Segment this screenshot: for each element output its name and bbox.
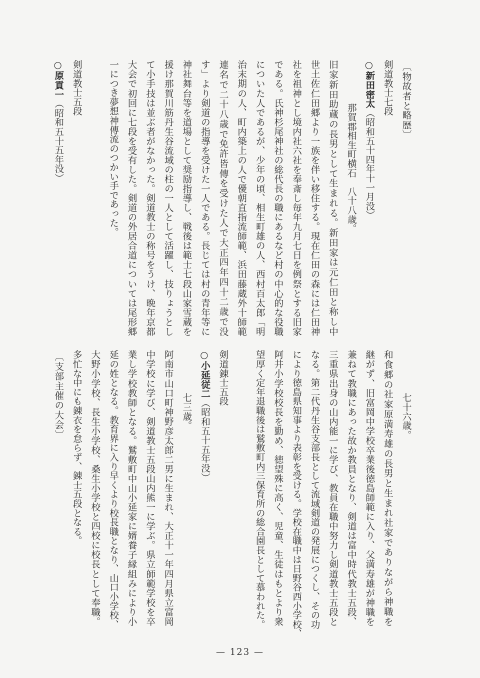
biography-line: 阿井小学校校長を勤め、徳望殊に高く、児童、生徒はもとより衆 — [268, 350, 286, 626]
person-heading: ○小延従二（昭和五十五年没） — [194, 350, 212, 626]
rank-label: 剣道錬士五段 — [213, 350, 231, 626]
lower-tier: 七十六歳。 和食郷の社家原満寿雄の長男と生まれ社家でありながら神職を 継がず、旧… — [48, 350, 414, 626]
biography-line: す」より剣道の指導を受けた一人である。長じては村の青年等に — [194, 60, 212, 336]
biography-line: 延の姓となる。教育界に入り早くより校長職となり、山口小学校、 — [103, 350, 121, 626]
death-date: （昭和五十五年没） — [52, 99, 63, 183]
blank-column — [85, 60, 103, 336]
person-heading: ○原貢一（昭和五十五年没） — [48, 60, 66, 336]
biography-line: 一につき夢想神傳流のつかい手であった。 — [103, 60, 121, 336]
biography-line: 大会で初回に七段を受有した。剣道の外居合道については尾形郷 — [121, 60, 139, 336]
rank-label: 剣道教士五段 — [66, 60, 84, 336]
biography-line: て小手技は並ぶ者がなかった。剣道教士の称号をうけ、晩年京都 — [140, 60, 158, 336]
biography-line: 業し学校教師となる。鷲敷町中山小延家に婿養子縁組みにより小 — [121, 350, 139, 626]
biography-line: である。氏神杉尾神社の総代長の職にあるなど村の中心的な役職 — [268, 60, 286, 336]
upper-tier: 〔物故者と略歴〕 剣道教士七段 ○新田密太（昭和五十四年十一月没） 那賀郡相生町… — [48, 60, 414, 336]
address-age: 那賀郡相生町横石 八十八歳。 — [341, 60, 359, 336]
biography-line: 継がず、旧富岡中学校卒業後徳島師範に入り、父満寿雄が神職を — [359, 350, 377, 626]
address-age: 七十六歳。 — [396, 350, 414, 626]
biography-line: により徳島県知事より表彰を受ける。学校在職中は日野谷西小学校、 — [286, 350, 304, 626]
biography-line: 旧家新田助蔵の長男として生まれる。新田家は元仁田と称し中 — [323, 60, 341, 336]
biography-line: 和食郷の社家原満寿雄の長男と生まれ社家でありながら神職を — [377, 350, 395, 626]
biography-line: なる。第二代丹生谷支部長として流域剣道の発展につくし、その功 — [304, 350, 322, 626]
biography-line: 社を祖神とし境内社六社を奉斎し毎年九月七日を例祭とする旧家 — [286, 60, 304, 336]
biography-line: についた人であるが、少年の頃、相生町雄の人、西村百太郎「明 — [249, 60, 267, 336]
person-name: ○原貢一 — [52, 60, 63, 99]
biography-line: 中学校に学び、剣道教士五段山内熊一に学ぶ。県立師範学校を卒 — [140, 350, 158, 626]
rank-label: 剣道教士七段 — [377, 60, 395, 336]
page-number: — 123 — — [0, 648, 480, 658]
biography-line: 大野小学校、長生小学校、桑生小学校と四校に校長として奉職。 — [85, 350, 103, 626]
section-heading: 〔物故者と略歴〕 — [396, 60, 414, 336]
biography-line: 連名で二十八歳で免許皆傳を受けた人で大正四年四十二歳で没 — [213, 60, 231, 336]
person-heading: ○新田密太（昭和五十四年十一月没） — [359, 60, 377, 336]
biography-line: 神社舞台等を道場として奨励指導し、戦後は範士七段山家雪蔵を — [176, 60, 194, 336]
biography-line: 阿南市山口町神野彦太郎二男に生まれ、大正十一年四月県立富岡 — [158, 350, 176, 626]
death-date: （昭和五十五年没） — [199, 398, 210, 482]
address-age: 七三歳。 — [176, 350, 194, 626]
person-name: ○新田密太 — [363, 60, 374, 108]
document-page: 〔物故者と略歴〕 剣道教士七段 ○新田密太（昭和五十四年十一月没） 那賀郡相生町… — [0, 0, 480, 678]
person-name: ○小延従二 — [199, 350, 210, 398]
biography-line: 多忙な中にも錬衣を怠らず、錬士五段となる。 — [66, 350, 84, 626]
blank-column — [231, 350, 249, 626]
biography-line: 治末期の人、町内築上の人で優朝直指流師範、浜田藤蔵外十師範 — [231, 60, 249, 336]
biography-line: 三重県出身の山内能一に学び、教員在職中努力し剣道教士五段と — [323, 350, 341, 626]
biography-line: 望厚く定年退職後は鷲敷町内三保育所の総合園長として慕われた。 — [249, 350, 267, 626]
biography-line: 世土佐仁田郷より一族を伴い移住する。現在仁田の森には仁田神 — [304, 60, 322, 336]
biography-line: 援け那賀川筋丹生谷流域の柱の一人として活躍し、技りょうとし — [158, 60, 176, 336]
death-date: （昭和五十四年十一月没） — [363, 108, 374, 220]
biography-line: 兼ねて教職にあった故か教員となり、剣道は富中時代教士五段、 — [341, 350, 359, 626]
next-section-heading: 〔支部主催の大会〕 — [48, 350, 66, 626]
